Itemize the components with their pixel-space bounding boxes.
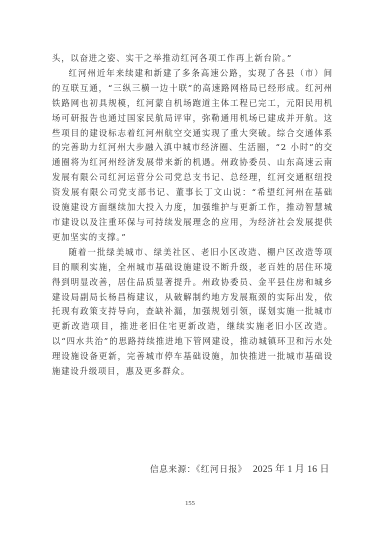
paragraph-continuation: 头，以奋进之姿、实干之举推动红河各项工作再上新台阶。” xyxy=(52,51,333,66)
article-body: 头，以奋进之姿、实干之举推动红河各项工作再上新台阶。” 红河州近年来续建和新建了… xyxy=(52,51,333,379)
source-date: 2025 年 1 月 16 日 xyxy=(253,465,330,475)
source-attribution: 信息来源：《红河日报》2025 年 1 月 16 日 xyxy=(150,461,335,475)
paragraph-urban-renewal: 随着一批绿美城市、绿美社区、老旧小区改造、棚户区改造等项目的顺利实施，全州城市基… xyxy=(52,245,333,379)
paragraph-transport: 红河州近年来续建和新建了多条高速公路，实现了各县（市）间的互联互通，“三纵三横一… xyxy=(52,66,333,245)
page-number: 155 xyxy=(180,500,200,507)
source-label: 信息来源：《红河日报》 xyxy=(150,465,247,475)
